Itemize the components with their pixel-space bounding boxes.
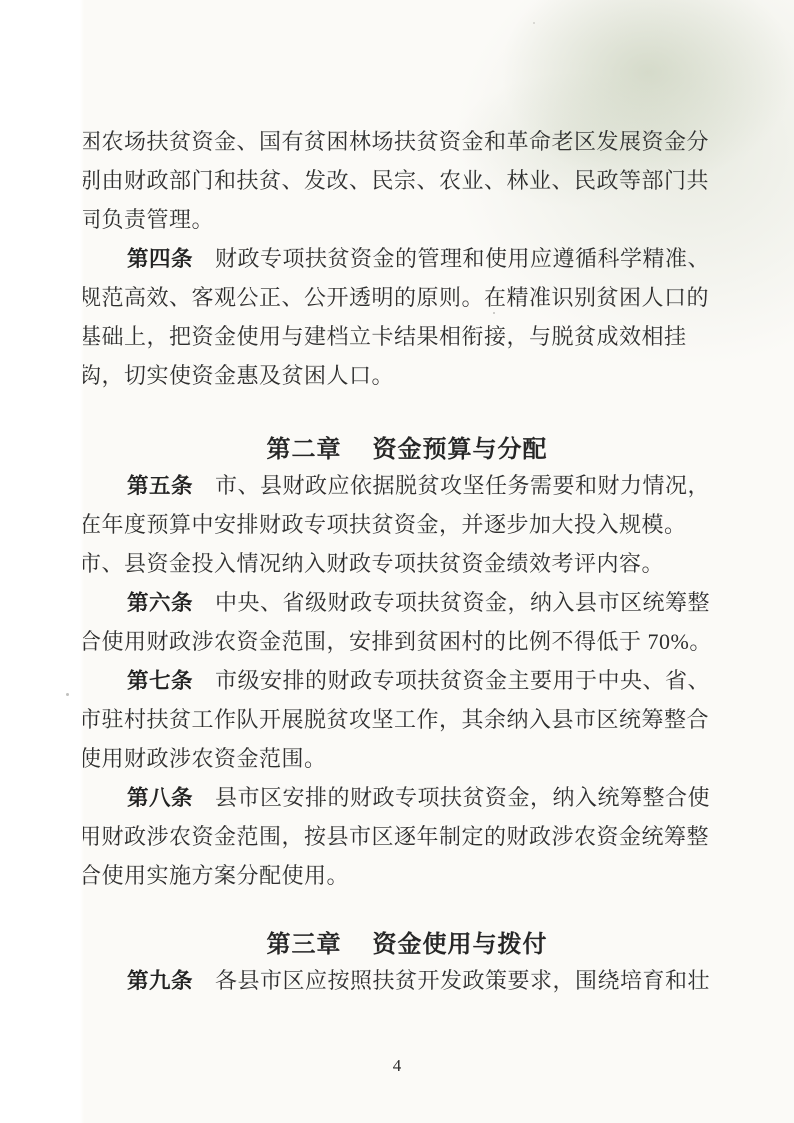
text-line: 第六条中央、省级财政专项扶贫资金，纳入县市区统筹整 xyxy=(83,583,731,622)
line-text: 钩，切实使资金惠及贫困人口。 xyxy=(83,363,394,388)
text-line: 第四条财政专项扶贫资金的管理和使用应遵循科学精准、 xyxy=(83,239,731,278)
line-text: 市、县资金投入情况纳入财政专项扶贫资金绩效考评内容。 xyxy=(83,551,664,576)
article-label: 第七条 xyxy=(127,669,193,693)
text-line: 第八条县市区安排的财政专项扶贫资金，纳入统筹整合使 xyxy=(83,778,731,817)
text-line: 钩，切实使资金惠及贫困人口。 xyxy=(83,356,731,395)
page-number: 4 xyxy=(0,1056,794,1076)
line-text: 同负责管理。 xyxy=(83,207,214,232)
chapter-heading: 第三章资金使用与拨付 xyxy=(83,922,731,961)
line-text: 用财政涉农资金范围，按县市区逐年制定的财政涉农资金统筹整 xyxy=(83,824,709,849)
article-label: 第五条 xyxy=(127,474,193,498)
chapter-title: 资金使用与拨付 xyxy=(373,924,548,959)
line-text: 合使用财政涉农资金范围，安排到贫困村的比例不得低于 70%。 xyxy=(83,629,712,654)
line-text: 中央、省级财政专项扶贫资金，纳入县市区统筹整 xyxy=(215,590,710,615)
line-text: 别由财政部门和扶贫、发改、民宗、农业、林业、民政等部门共 xyxy=(83,168,709,193)
line-text: 使用财政涉农资金范围。 xyxy=(83,746,327,771)
text-line: 使用财政涉农资金范围。 xyxy=(83,739,731,778)
line-text: 在年度预算中安排财政专项扶贫资金，并逐步加大投入规模。 xyxy=(83,512,687,537)
text-line: 在年度预算中安排财政专项扶贫资金，并逐步加大投入规模。 xyxy=(83,505,731,544)
line-text: 合使用实施方案分配使用。 xyxy=(83,863,349,888)
text-line: 市驻村扶贫工作队开展脱贫攻坚工作，其余纳入县市区统筹整合 xyxy=(83,700,731,739)
scan-speck xyxy=(66,693,69,696)
text-line: 第五条市、县财政应依据脱贫攻坚任务需要和财力情况， xyxy=(83,466,731,505)
text-line: 合使用实施方案分配使用。 xyxy=(83,856,731,895)
chapter-title: 资金预算与分配 xyxy=(373,429,548,464)
text-line: 第九条各县市区应按照扶贫开发政策要求，围绕培育和壮 xyxy=(83,961,731,1000)
line-text: 市级安排的财政专项扶贫资金主要用于中央、省、 xyxy=(215,668,710,693)
line-text: 各县市区应按照扶贫开发政策要求，围绕培育和壮 xyxy=(215,968,710,993)
line-text: 财政专项扶贫资金的管理和使用应遵循科学精准、 xyxy=(215,246,710,271)
chapter-heading: 第二章资金预算与分配 xyxy=(83,427,731,466)
line-text: 基础上，把资金使用与建档立卡结果相衔接，与脱贫成效相挂 xyxy=(83,324,687,349)
text-line: 用财政涉农资金范围，按县市区逐年制定的财政涉农资金统筹整 xyxy=(83,817,731,856)
text-line: 困农场扶贫资金、国有贫困林场扶贫资金和革命老区发展资金分 xyxy=(83,122,731,161)
line-text: 市、县财政应依据脱贫攻坚任务需要和财力情况， xyxy=(215,473,710,498)
document-body: 困农场扶贫资金、国有贫困林场扶贫资金和革命老区发展资金分别由财政部门和扶贫、发改… xyxy=(83,122,731,1000)
line-text: 县市区安排的财政专项扶贫资金，纳入统筹整合使 xyxy=(215,785,710,810)
article-label: 第八条 xyxy=(127,786,193,810)
text-line: 基础上，把资金使用与建档立卡结果相衔接，与脱贫成效相挂 xyxy=(83,317,731,356)
article-label: 第九条 xyxy=(127,969,193,993)
text-line: 规范高效、客观公正、公开透明的原则。在精准识别贫困人口的 xyxy=(83,278,731,317)
line-text: 规范高效、客观公正、公开透明的原则。在精准识别贫困人口的 xyxy=(83,285,709,310)
text-line: 别由财政部门和扶贫、发改、民宗、农业、林业、民政等部门共 xyxy=(83,161,731,200)
line-text: 困农场扶贫资金、国有贫困林场扶贫资金和革命老区发展资金分 xyxy=(83,129,709,154)
text-line: 市、县资金投入情况纳入财政专项扶贫资金绩效考评内容。 xyxy=(83,544,731,583)
chapter-number: 第二章 xyxy=(267,429,342,464)
scan-speck xyxy=(533,22,535,24)
article-label: 第四条 xyxy=(127,247,193,271)
line-text: 市驻村扶贫工作队开展脱贫攻坚工作，其余纳入县市区统筹整合 xyxy=(83,707,709,732)
article-label: 第六条 xyxy=(127,591,193,615)
text-line: 同负责管理。 xyxy=(83,200,731,239)
text-line: 合使用财政涉农资金范围，安排到贫困村的比例不得低于 70%。 xyxy=(83,622,731,661)
chapter-number: 第三章 xyxy=(267,924,342,959)
text-line: 第七条市级安排的财政专项扶贫资金主要用于中央、省、 xyxy=(83,661,731,700)
